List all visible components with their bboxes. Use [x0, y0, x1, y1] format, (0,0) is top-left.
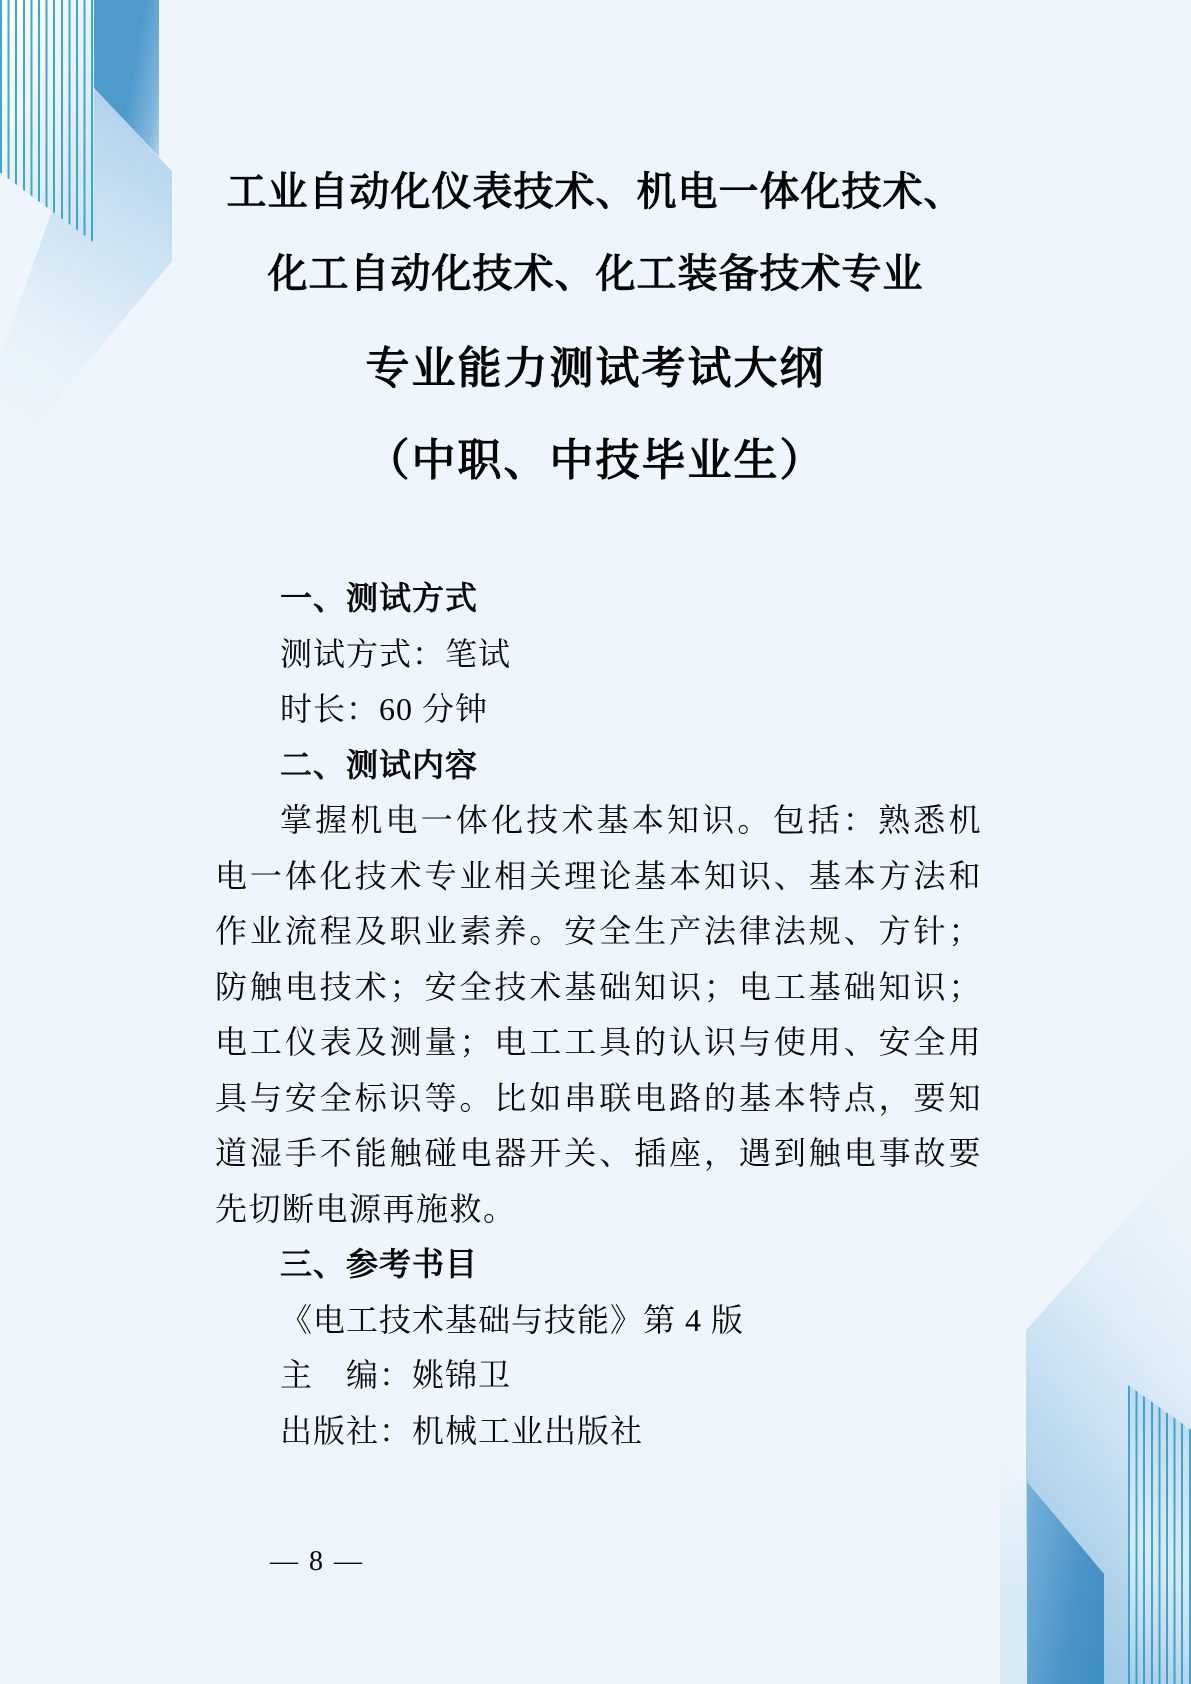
- document-page: 工业自动化仪表技术、机电一体化技术、 化工自动化技术、化工装备技术专业 专业能力…: [0, 0, 1191, 1684]
- test-method-line: 测试方式：笔试: [215, 627, 982, 683]
- document-body: 一、测试方式 测试方式：笔试 时长：60 分钟 二、测试内容 掌握机电一体化技术…: [215, 571, 982, 1459]
- title-line-2: 化工自动化技术、化工装备技术专业: [0, 233, 1191, 315]
- bottom-right-light-wedge-decoration: [1000, 1452, 1027, 1684]
- publisher-line: 出版社：机械工业出版社: [215, 1404, 982, 1460]
- bottom-right-blue-band-decoration: [1027, 1480, 1104, 1684]
- section-2-paragraph: 掌握机电一体化技术基本知识。包括：熟悉机电一体化技术专业相关理论基本知识、基本方…: [215, 793, 982, 1237]
- section-1-heading: 一、测试方式: [215, 571, 982, 627]
- top-left-blue-band-decoration: [94, 0, 159, 160]
- title-line-1: 工业自动化仪表技术、机电一体化技术、: [0, 151, 1191, 233]
- section-3-heading: 三、参考书目: [215, 1237, 982, 1293]
- title-line-3: 专业能力测试考试大纲: [0, 328, 1191, 410]
- page-number: — 8 —: [270, 1542, 364, 1582]
- title-line-4: （中职、中技毕业生）: [0, 420, 1191, 502]
- bottom-right-pinstripes-decoration: [1128, 1385, 1191, 1684]
- editor-line: 主 编：姚锦卫: [215, 1348, 982, 1404]
- reference-book-line: 《电工技术基础与技能》第 4 版: [215, 1293, 982, 1349]
- bottom-right-ribbon-decoration: [1026, 1148, 1191, 1684]
- document-title: 工业自动化仪表技术、机电一体化技术、 化工自动化技术、化工装备技术专业 专业能力…: [0, 151, 1191, 502]
- section-2-heading: 二、测试内容: [215, 738, 982, 794]
- duration-line: 时长：60 分钟: [215, 682, 982, 738]
